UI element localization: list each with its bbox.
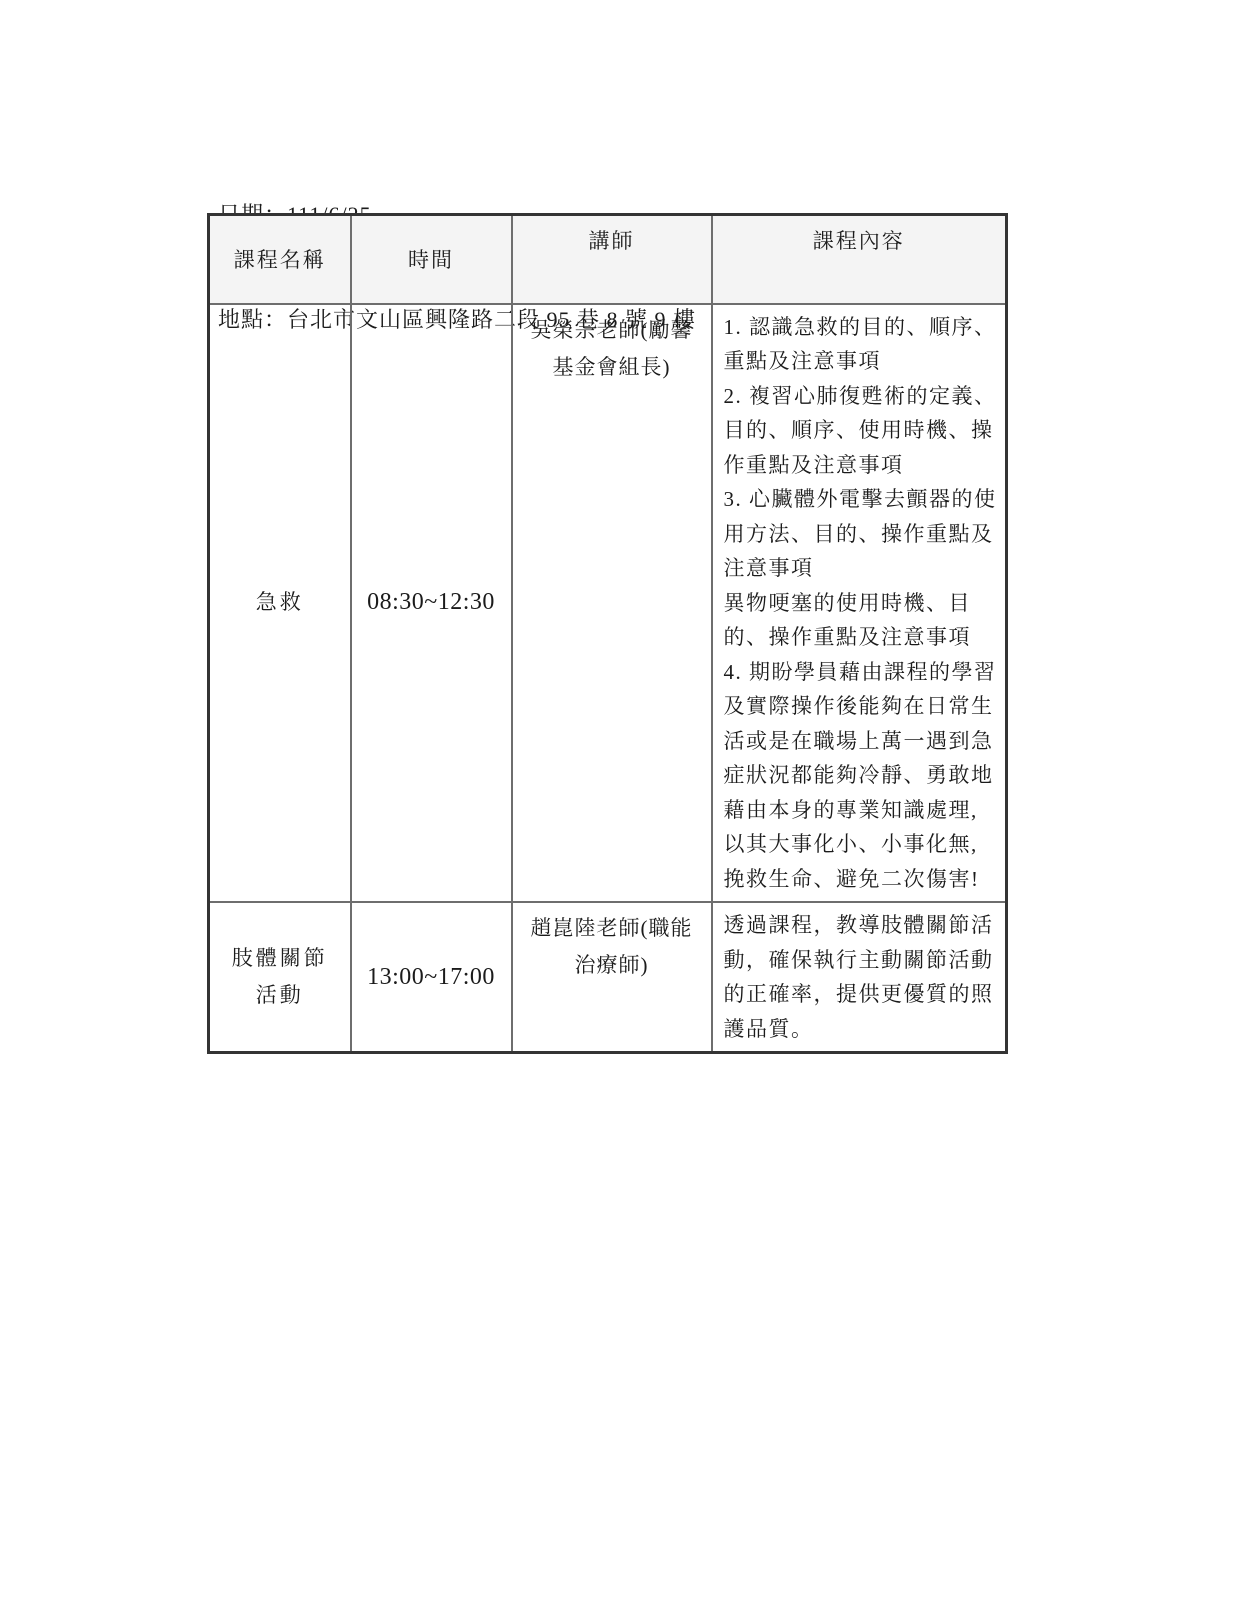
header-course-content: 課程內容 bbox=[712, 215, 1007, 304]
content-item-3: 3. 心臟體外電擊去顫器的使用方法、目的、操作重點及注意事項 bbox=[724, 482, 998, 586]
course-name-cell: 肢體關節活動 bbox=[209, 902, 351, 1053]
content-item-choking: 異物哽塞的使用時機、目的、操作重點及注意事項 bbox=[724, 586, 998, 655]
table-row-limb-joint: 肢體關節活動 13:00~17:00 趙崑陸老師(職能治療師) 透過課程，教導肢… bbox=[209, 902, 1007, 1053]
content-item-2: 2. 複習心肺復甦術的定義、目的、順序、使用時機、操作重點及注意事項 bbox=[724, 379, 998, 483]
content-item-1: 透過課程，教導肢體關節活動，確保執行主動關節活動的正確率，提供更優質的照護品質。 bbox=[724, 908, 998, 1046]
course-content-cell: 透過課程，教導肢體關節活動，確保執行主動關節活動的正確率，提供更優質的照護品質。 bbox=[712, 902, 1007, 1053]
table-header-row: 課程名稱 時間 講師 課程內容 bbox=[209, 215, 1007, 304]
document-page: 日期：111/6/25 地點：台北市文山區興隆路二段 95 巷 8 號 9 樓 … bbox=[0, 0, 1236, 1600]
course-name-cell: 急救 bbox=[209, 304, 351, 903]
header-lecturer: 講師 bbox=[512, 215, 712, 304]
time-cell: 13:00~17:00 bbox=[351, 902, 512, 1053]
lecturer-cell: 吳榮宗老師(勵馨基金會組長) bbox=[512, 304, 712, 903]
lecturer-cell: 趙崑陸老師(職能治療師) bbox=[512, 902, 712, 1053]
course-content-cell: 1. 認識急救的目的、順序、重點及注意事項 2. 複習心肺復甦術的定義、目的、順… bbox=[712, 304, 1007, 903]
header-time: 時間 bbox=[351, 215, 512, 304]
course-schedule-table: 課程名稱 時間 講師 課程內容 急救 08:30~12:30 吳榮宗老師(勵馨基… bbox=[207, 213, 1008, 1054]
header-course-name: 課程名稱 bbox=[209, 215, 351, 304]
table-row-first-aid: 急救 08:30~12:30 吳榮宗老師(勵馨基金會組長) 1. 認識急救的目的… bbox=[209, 304, 1007, 903]
content-item-4: 4. 期盼學員藉由課程的學習及實際操作後能夠在日常生活或是在職場上萬一遇到急症狀… bbox=[724, 655, 998, 897]
content-item-1: 1. 認識急救的目的、順序、重點及注意事項 bbox=[724, 310, 998, 379]
time-cell: 08:30~12:30 bbox=[351, 304, 512, 903]
